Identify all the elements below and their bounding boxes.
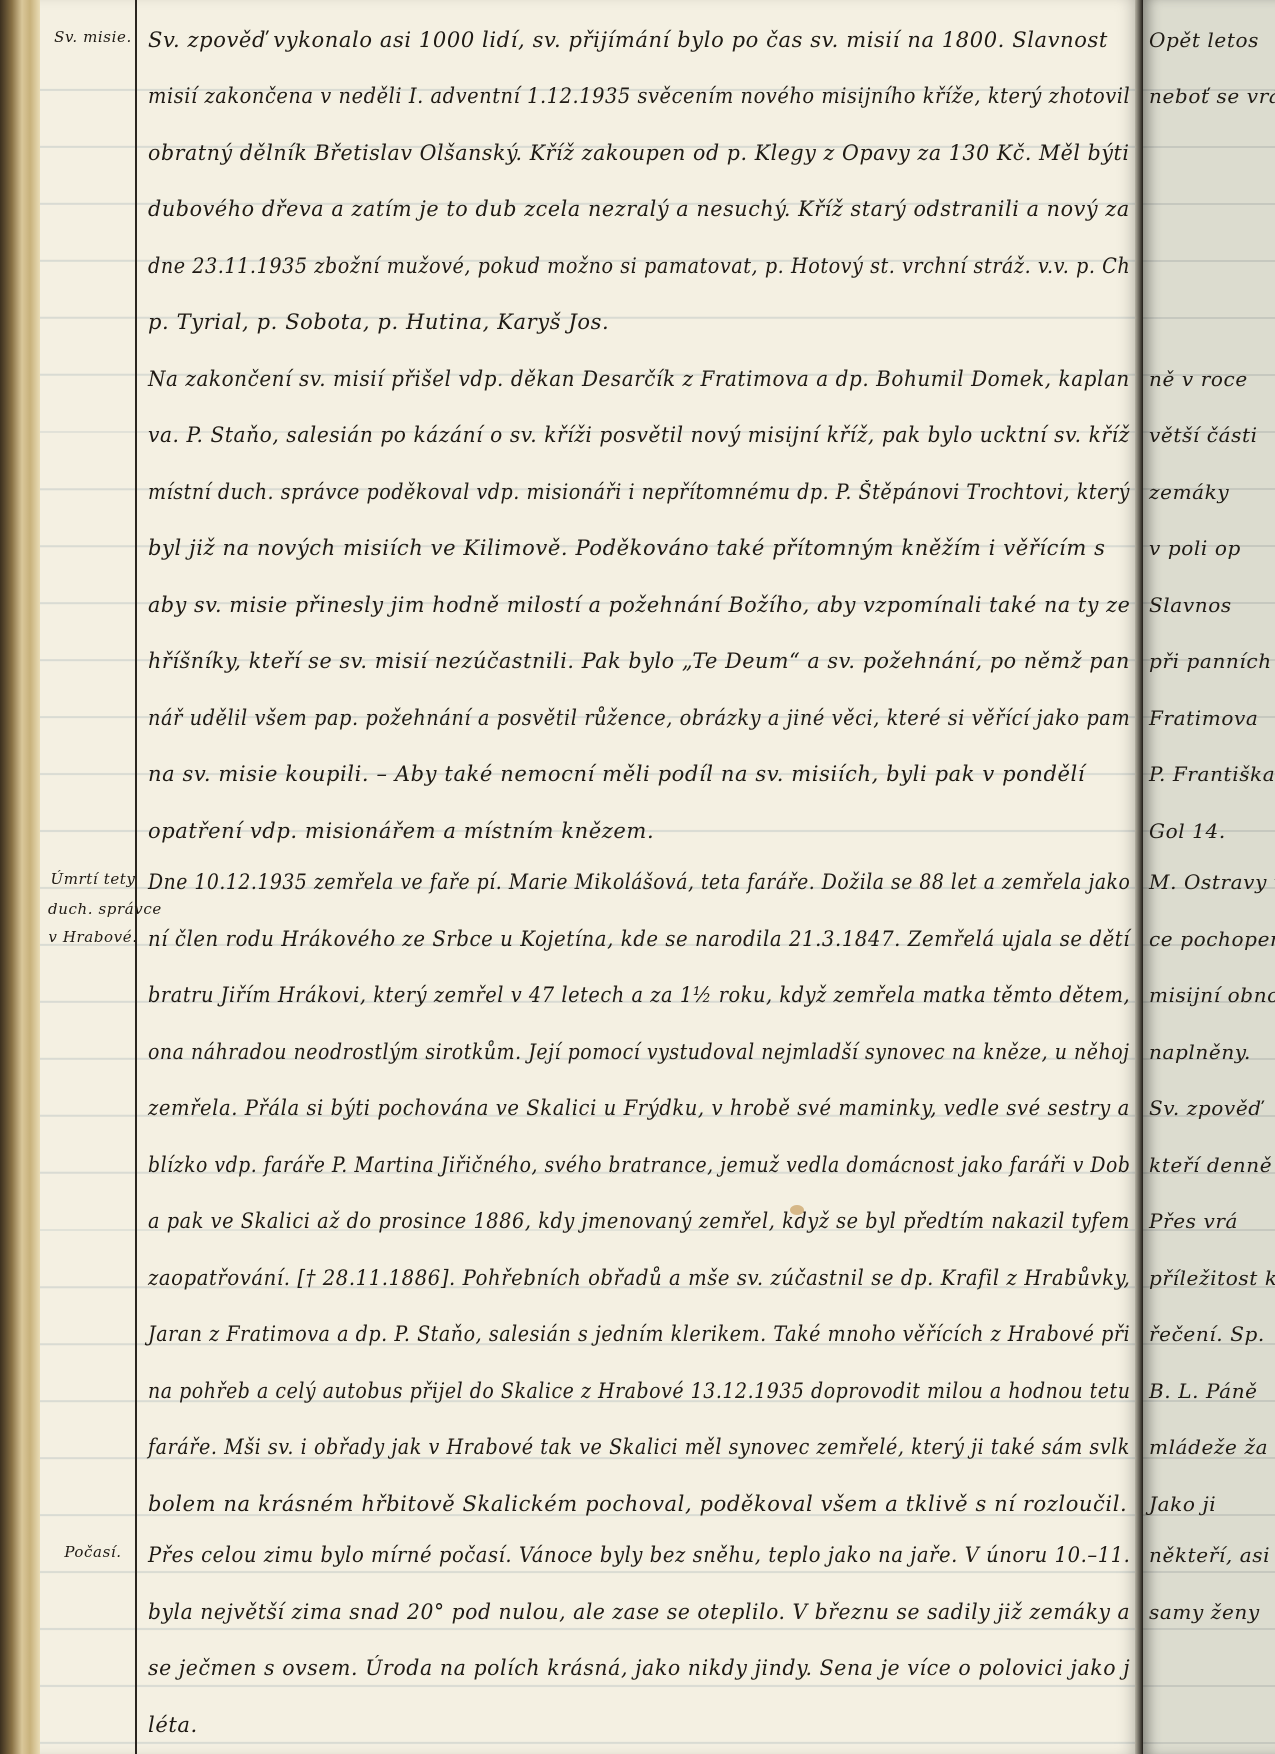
next-page-line: někteří, asi bbox=[1149, 1543, 1270, 1567]
margin-note: Sv. misie. bbox=[48, 28, 138, 46]
next-page-line: při panních bbox=[1149, 649, 1272, 673]
text-line: byla největší zima snad 20° pod nulou, a… bbox=[148, 1600, 1130, 1624]
next-page-line: v poli op bbox=[1149, 536, 1241, 560]
next-page-line: ce pochopen bbox=[1149, 927, 1275, 951]
text-line: hříšníky, kteří se sv. misií nezúčastnil… bbox=[148, 649, 1130, 673]
text-line: zemřela. Přála si býti pochována ve Skal… bbox=[148, 1096, 1130, 1120]
next-page-line: Sv. zpověď bbox=[1149, 1096, 1262, 1120]
text-line: obratný dělník Břetislav Olšanský. Kříž … bbox=[148, 141, 1130, 165]
next-page-line: Přes vrá bbox=[1149, 1209, 1238, 1233]
text-line: se ječmen s ovsem. Úroda na polích krásn… bbox=[148, 1656, 1130, 1680]
paper-stain bbox=[790, 1205, 804, 1215]
text-line: p. Tyrial, p. Sobota, p. Hutina, Karyš J… bbox=[148, 310, 609, 334]
text-line: va. P. Staňo, salesián po kázání o sv. k… bbox=[148, 423, 1130, 447]
text-line: blízko vdp. faráře P. Martina Jiřičného,… bbox=[148, 1153, 1130, 1177]
text-line: na sv. misie koupili. – Aby také nemocní… bbox=[148, 762, 1085, 786]
next-page-line: Opět letos bbox=[1149, 28, 1259, 52]
text-line: a pak ve Skalici až do prosince 1886, kd… bbox=[148, 1209, 1130, 1233]
margin-note: Úmrtí tety bbox=[48, 870, 138, 888]
text-line: Přes celou zimu bylo mírné počasí. Vánoc… bbox=[148, 1543, 1130, 1567]
next-page-line: kteří denně bbox=[1149, 1153, 1272, 1177]
next-page-line: Jako ji bbox=[1149, 1492, 1216, 1516]
text-line: opatření vdp. misionářem a místním kněze… bbox=[148, 819, 654, 843]
text-line: ona náhradou neodrostlým sirotkům. Její … bbox=[148, 1040, 1130, 1064]
text-line: na pohřeb a celý autobus přijel do Skali… bbox=[148, 1379, 1130, 1403]
next-page-line: řečení. Sp. bbox=[1149, 1322, 1265, 1346]
next-page-line: neboť se vrá bbox=[1149, 84, 1275, 108]
text-line: Jaran z Fratimova a dp. P. Staňo, salesi… bbox=[148, 1322, 1130, 1346]
text-line: nář udělil všem pap. požehnání a posvěti… bbox=[148, 706, 1130, 730]
next-page-line: mládeže ža bbox=[1149, 1435, 1268, 1459]
text-line: aby sv. misie přinesly jim hodně milostí… bbox=[148, 593, 1130, 617]
text-line: Na zakončení sv. misií přišel vdp. děkan… bbox=[148, 367, 1130, 391]
next-page-line: příležitost k bbox=[1149, 1266, 1275, 1290]
next-page-line: B. L. Páně bbox=[1149, 1379, 1258, 1403]
text-line: léta. bbox=[148, 1713, 198, 1737]
text-line: byl již na nových misiích ve Kilimově. P… bbox=[148, 536, 1106, 560]
text-line: bolem na krásném hřbitově Skalickém poch… bbox=[148, 1492, 1127, 1516]
next-page-line: naplněny. bbox=[1149, 1040, 1251, 1064]
text-line: faráře. Mši sv. i obřady jak v Hrabové t… bbox=[148, 1435, 1130, 1459]
text-line: dne 23.11.1935 zbožní mužové, pokud možn… bbox=[148, 254, 1130, 278]
margin-note: duch. správce bbox=[48, 900, 138, 918]
text-line: bratru Jiřím Hrákovi, který zemřel v 47 … bbox=[148, 983, 1130, 1007]
next-page-line: větší části bbox=[1149, 423, 1258, 447]
next-page-line: ně v roce bbox=[1149, 367, 1248, 391]
next-page-strip: Opět letosneboť se vráně v rocevětší čás… bbox=[1143, 0, 1275, 1754]
next-page-line: P. Františka bbox=[1149, 762, 1275, 786]
margin-note: v Hrabové. bbox=[48, 928, 138, 946]
text-line: ní člen rodu Hrákového ze Srbce u Kojetí… bbox=[148, 927, 1130, 951]
text-line: Sv. zpověď vykonalo asi 1000 lidí, sv. p… bbox=[148, 28, 1108, 52]
margin-note: Počasí. bbox=[48, 1543, 138, 1561]
next-page-line: Slavnos bbox=[1149, 593, 1232, 617]
text-line: místní duch. správce poděkoval vdp. misi… bbox=[148, 480, 1130, 504]
book-binding bbox=[0, 0, 40, 1754]
text-line: Dne 10.12.1935 zemřela ve faře pí. Marie… bbox=[148, 870, 1130, 894]
next-page-line: M. Ostravy vo bbox=[1149, 870, 1275, 894]
text-line: zaopatřování. [† 28.11.1886]. Pohřebních… bbox=[148, 1266, 1130, 1290]
next-page-line: Fratimova bbox=[1149, 706, 1258, 730]
next-page-line: Gol 14. bbox=[1149, 819, 1226, 843]
text-line: misií zakončena v neděli I. adventní 1.1… bbox=[148, 84, 1130, 108]
next-page-line: misijní obno bbox=[1149, 983, 1275, 1007]
next-page-line: zemáky bbox=[1149, 480, 1229, 504]
text-line: dubového dřeva a zatím je to dub zcela n… bbox=[148, 197, 1130, 221]
next-page-line: samy ženy bbox=[1149, 1600, 1260, 1624]
page-edge bbox=[1135, 0, 1143, 1754]
